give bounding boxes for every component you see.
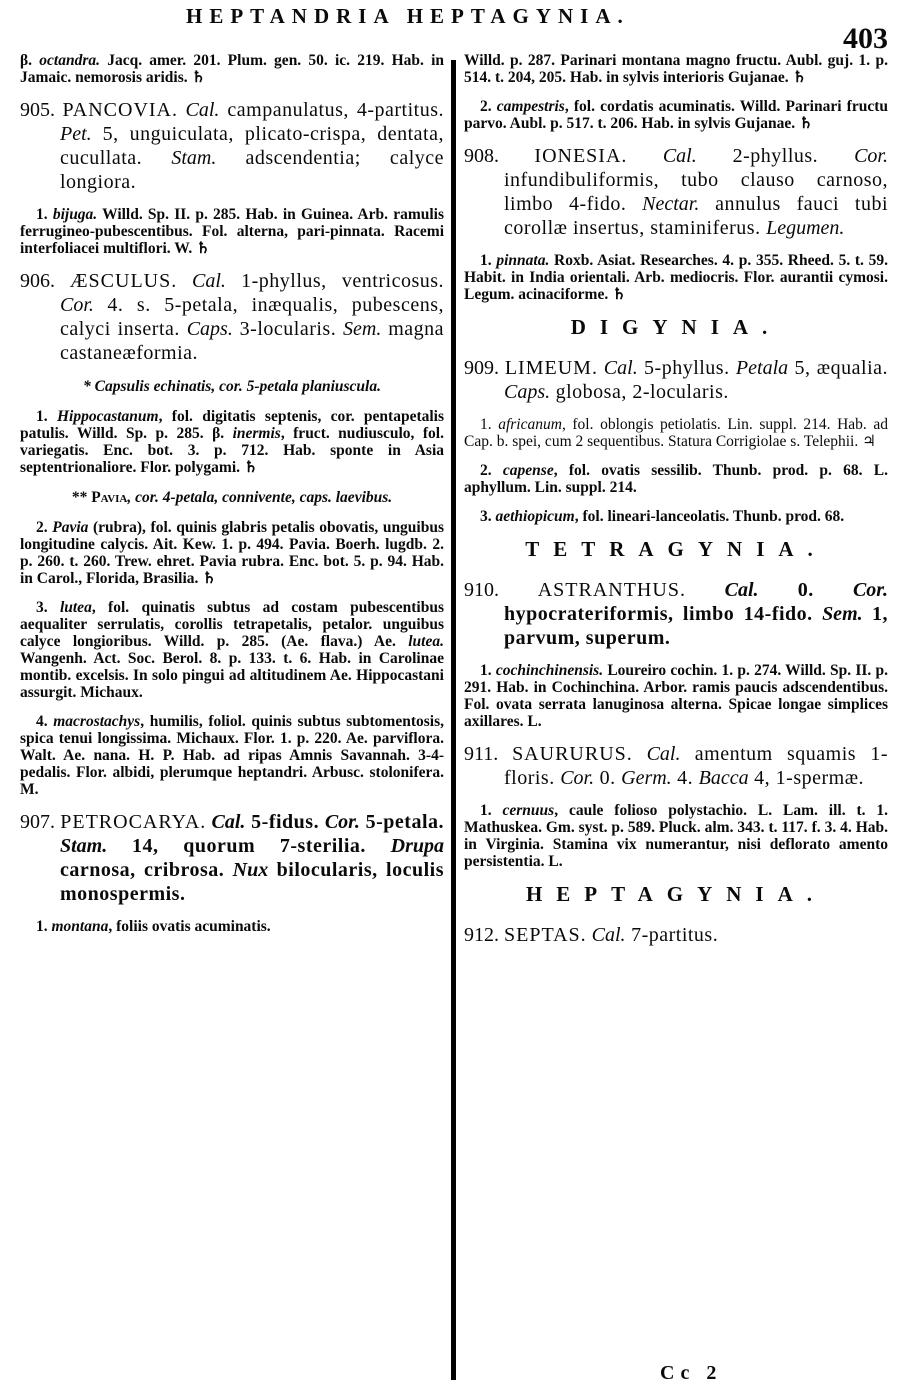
section-heading-heptagynia: HEPTAGYNIA. <box>464 882 888 907</box>
running-title: HEPTANDRIA HEPTAGYNIA. <box>186 4 630 29</box>
species-name: cochinchinensis. <box>496 662 603 679</box>
genus-entry-petrocarya: 907. PETROCARYA. Cal. 5-fidus. Cor. 5-pe… <box>20 810 444 906</box>
species-entry: 2. capense, fol. ovatis sessilib. Thunb.… <box>464 462 888 496</box>
column-divider <box>451 60 456 1380</box>
left-column: β. octandra. Jacq. amer. 201. Plum. gen.… <box>20 52 444 947</box>
species-name: macrostachys <box>53 713 140 730</box>
genus-name: ÆSCULUS. <box>70 270 177 292</box>
species-name: africanum <box>498 416 562 433</box>
genus-entry-limeum: 909. LIMEUM. Cal. 5-phyllus. Petala 5, æ… <box>464 356 888 404</box>
genus-entry-pancovia: 905. PANCOVIA. Cal. campanulatus, 4-part… <box>20 98 444 194</box>
genus-entry-ionesia: 908. IONESIA. Cal. 2-phyllus. Cor. infun… <box>464 144 888 240</box>
subsection-heading: * Capsulis echinatis, cor. 5-petala plan… <box>20 377 444 396</box>
genus-name: LIMEUM. <box>505 357 598 379</box>
genus-name: IONESIA. <box>534 145 627 167</box>
species-name: campestris <box>497 98 565 115</box>
species-entry-continued: Willd. p. 287. Parinari montana magno fr… <box>464 52 888 86</box>
species-name: Pavia <box>52 519 88 536</box>
species-name: aethiopicum <box>496 508 575 525</box>
species-entry: 1. Hippocastanum, fol. digitatis septeni… <box>20 408 444 476</box>
species-entry: 1. cochinchinensis. Loureiro cochin. 1. … <box>464 662 888 730</box>
species-name: lutea <box>60 599 92 616</box>
page-number: 403 <box>843 22 888 56</box>
printer-signature: Cc 2 <box>660 1362 722 1385</box>
genus-entry-septas: 912. SEPTAS. Cal. 7-partitus. <box>464 923 888 947</box>
species-entry: 2. campestris, fol. cordatis acuminatis.… <box>464 98 888 132</box>
genus-entry-astranthus: 910. ASTRANTHUS. Cal. 0. Cor. hypocrater… <box>464 578 888 650</box>
genus-entry-aesculus: 906. ÆSCULUS. Cal. 1-phyllus, ventricosu… <box>20 269 444 365</box>
species-entry: 3. aethiopicum, fol. lineari-lanceolatis… <box>464 508 888 525</box>
genus-name: ASTRANTHUS. <box>538 579 686 601</box>
species-entry: β. octandra. Jacq. amer. 201. Plum. gen.… <box>20 52 444 86</box>
species-entry: 3. lutea, fol. quinatis subtus ad costam… <box>20 599 444 701</box>
species-entry: 1. cernuus, caule folioso polystachio. L… <box>464 802 888 870</box>
species-name: pinnata. <box>496 252 549 269</box>
genus-name: PETROCARYA. <box>60 811 206 833</box>
species-name: octandra. <box>39 52 100 69</box>
section-heading-digynia: DIGYNIA. <box>464 315 888 340</box>
species-entry: 4. macrostachys, humilis, foliol. quinis… <box>20 713 444 798</box>
subsection-heading: ** Pavia, cor. 4-petala, connivente, cap… <box>20 488 444 507</box>
genus-name: PANCOVIA. <box>63 99 179 121</box>
right-column: Willd. p. 287. Parinari montana magno fr… <box>464 52 888 959</box>
species-name: montana <box>52 918 109 935</box>
species-name: capense <box>503 462 554 479</box>
genus-name: SEPTAS. <box>504 924 587 946</box>
section-heading-tetragynia: TETRAGYNIA. <box>464 537 888 562</box>
species-name: cernuus <box>503 802 555 819</box>
species-entry: 2. Pavia (rubra), fol. quinis glabris pe… <box>20 519 444 587</box>
genus-name: SAURURUS. <box>512 743 633 765</box>
species-entry: 1. montana, foliis ovatis acuminatis. <box>20 918 444 935</box>
species-name: Hippocastanum <box>57 408 159 425</box>
species-entry: 1. africanum, fol. oblongis petiolatis. … <box>464 416 888 450</box>
running-head: HEPTANDRIA HEPTAGYNIA. 403 <box>0 4 900 38</box>
genus-entry-saururus: 911. SAURURUS. Cal. amentum squamis 1-fl… <box>464 742 888 790</box>
species-entry: 1. bijuga. Willd. Sp. II. p. 285. Hab. i… <box>20 206 444 257</box>
species-name: bijuga. <box>53 206 97 223</box>
species-entry: 1. pinnata. Roxb. Asiat. Researches. 4. … <box>464 252 888 303</box>
